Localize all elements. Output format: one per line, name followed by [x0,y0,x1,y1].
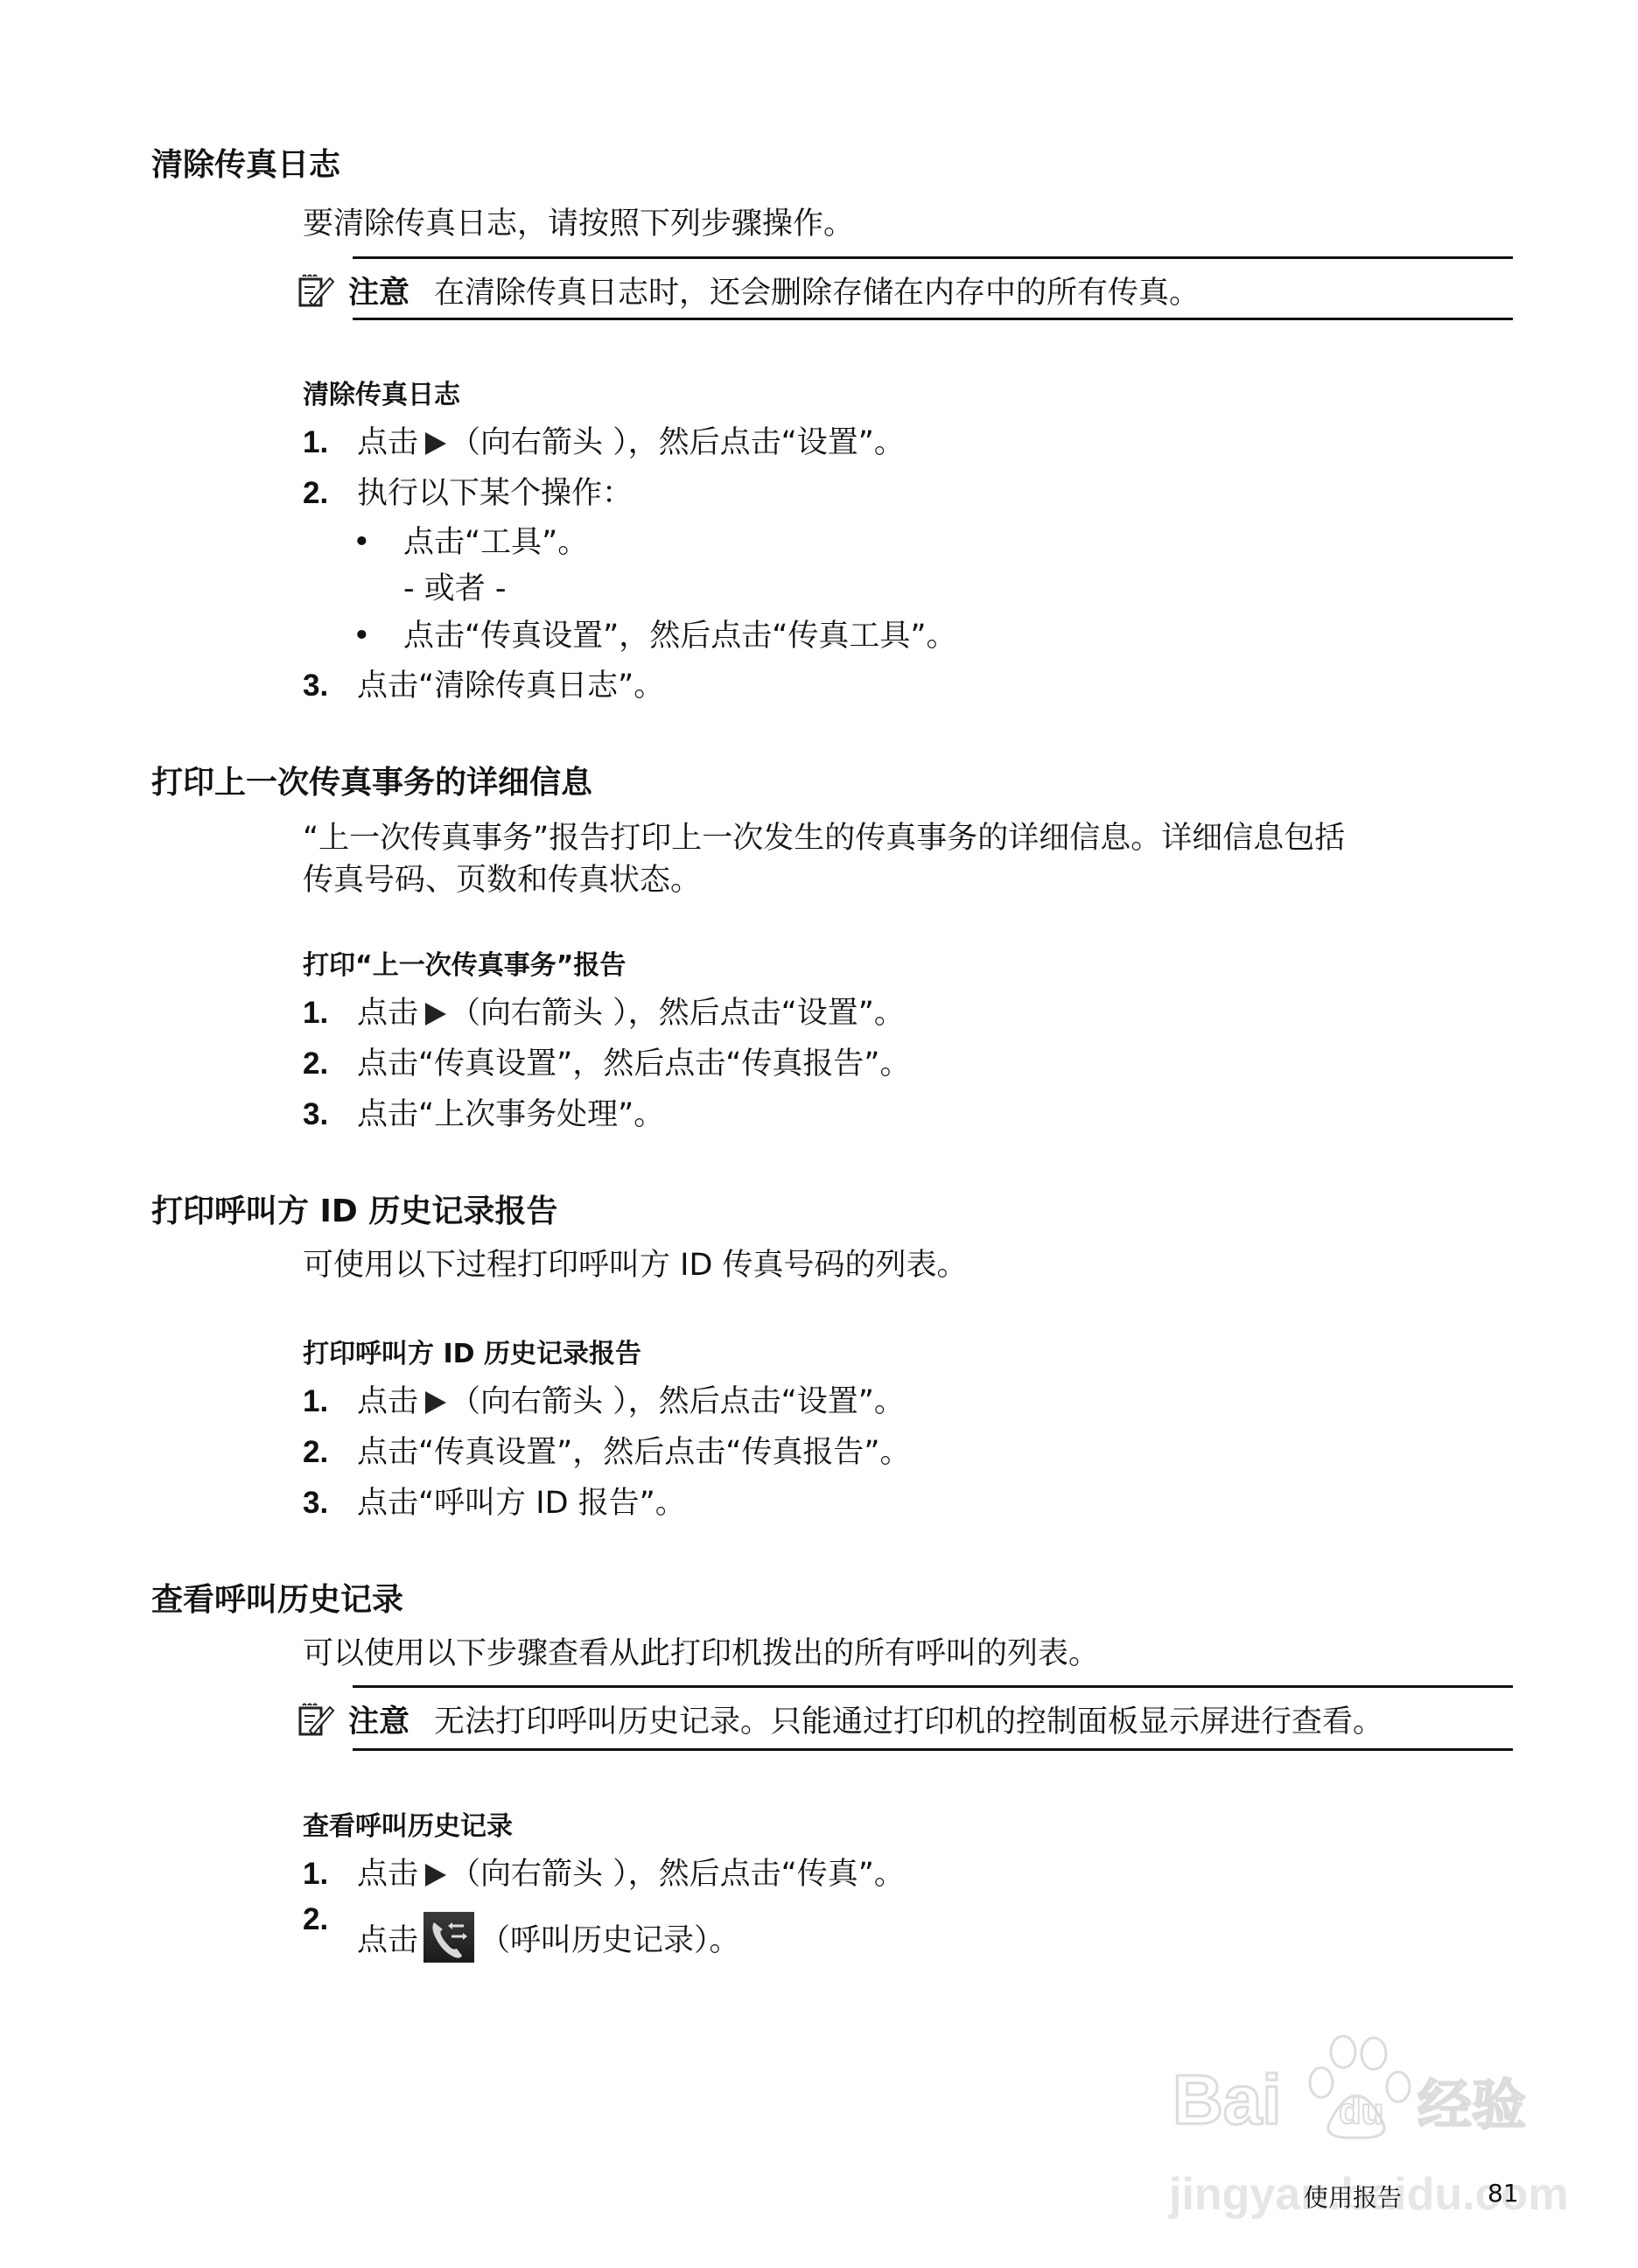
step-text: 点击“传真设置”，然后点击“传真报告”。 [357,1435,911,1470]
step-text: 点击 [357,1857,418,1892]
step-text: 点击 [357,1923,418,1958]
note-bottom-rule [353,1748,1513,1751]
bullet-text: 点击“工具”。 [403,525,588,560]
note: 注意无法打印呼叫历史记录。只能通过打印机的控制面板显示屏进行查看。 [297,1697,1383,1741]
svg-text:Bai: Bai [1172,2061,1282,2138]
step-text: 点击“传真设置”，然后点击“传真报告”。 [357,1046,911,1081]
note-top-rule [353,1685,1513,1688]
step-3: 3.点击“清除传真日志”。 [303,661,664,705]
step-2: 2.点击“传真设置”，然后点击“传真报告”。 [303,1428,911,1472]
or-separator: - 或者 - [403,564,507,608]
step-text: 执行以下某个操作： [357,476,633,511]
step-text: （呼叫历史记录）。 [479,1923,740,1958]
procedure-title: 查看呼叫历史记录 [303,1804,513,1843]
step-number: 3. [303,1486,357,1521]
step-1: 1.点击（向右箭头 ），然后点击“设置”。 [303,1377,905,1421]
note-label: 注意 [348,1704,409,1739]
step-number: 3. [303,1097,357,1132]
step-2: 2.点击“传真设置”，然后点击“传真报告”。 [303,1039,911,1083]
right-arrow-icon [425,432,446,455]
step-number: 1. [303,425,357,460]
bullet-text: 点击“传真设置”，然后点击“传真工具”。 [403,619,957,654]
note-top-rule [353,256,1513,259]
section-intro-line2: 传真号码、页数和传真状态。 [303,856,701,899]
note-label: 注意 [348,276,409,311]
footer-section-label: 使用报告 [1304,2179,1402,2214]
step-number: 2. [303,1904,357,1935]
section-heading-caller-id: 打印呼叫方 ID 历史记录报告 [151,1186,557,1231]
section-heading-call-history: 查看呼叫历史记录 [151,1575,403,1620]
section-heading-clear-fax-log: 清除传真日志 [151,140,340,185]
step-2: 2.点击 （呼叫历史记录）。 [303,1904,740,1963]
step-text: 点击 [357,425,418,460]
note-icon [297,1702,336,1737]
step-1: 1.点击（向右箭头 ），然后点击“传真”。 [303,1850,905,1893]
section-intro-line1: “上一次传真事务”报告打印上一次发生的传真事务的详细信息。详细信息包括 [303,814,1345,857]
step-number: 1. [303,1384,357,1419]
baidu-jingyan-watermark: Bai du 经验 [1164,2026,1540,2157]
step-1: 1.点击（向右箭头 ），然后点击“设置”。 [303,989,905,1032]
step-text: （向右箭头 ），然后点击“设置”。 [450,1384,905,1419]
step-3: 3.点击“上次事务处理”。 [303,1090,664,1134]
step-number: 2. [303,1046,357,1081]
note-bottom-rule [353,318,1513,320]
step-1: 1.点击（向右箭头 ），然后点击“设置”。 [303,418,905,462]
step-text: （向右箭头 ），然后点击“设置”。 [450,996,905,1031]
bullet-icon: • [353,525,403,560]
step-text: 点击“清除传真日志”。 [357,668,664,703]
right-arrow-icon [425,1391,446,1414]
step-text: 点击 [357,996,418,1031]
step-number: 1. [303,996,357,1031]
section-intro: 要清除传真日志，请按照下列步骤操作。 [303,199,854,243]
section-intro: 可以使用以下步骤查看从此打印机拨出的所有呼叫的列表。 [303,1629,1099,1673]
note: 注意在清除传真日志时，还会删除存储在内存中的所有传真。 [297,269,1200,312]
step-text: 点击 [357,1384,418,1419]
right-arrow-icon [425,1864,446,1886]
bullet-item: •点击“工具”。 [353,518,588,562]
procedure-title: 打印呼叫方 ID 历史记录报告 [303,1332,641,1370]
step-text: （向右箭头 ），然后点击“传真”。 [450,1857,905,1892]
svg-text:经验: 经验 [1417,2073,1526,2137]
step-number: 2. [303,476,357,511]
call-history-icon [423,1912,474,1963]
step-number: 1. [303,1857,357,1892]
svg-text:du: du [1339,2090,1383,2131]
right-arrow-icon [425,1003,446,1025]
step-text: 点击“呼叫方 ID 报告”。 [357,1486,686,1521]
note-text: 无法打印呼叫历史记录。只能通过打印机的控制面板显示屏进行查看。 [434,1704,1383,1739]
step-text: （向右箭头 ），然后点击“设置”。 [450,425,905,460]
page-number: 81 [1487,2179,1519,2208]
note-icon [297,273,336,308]
procedure-title: 打印“上一次传真事务”报告 [303,943,626,982]
step-number: 3. [303,668,357,703]
step-number: 2. [303,1435,357,1470]
section-heading-last-transaction: 打印上一次传真事务的详细信息 [151,758,592,802]
bullet-item: •点击“传真设置”，然后点击“传真工具”。 [353,612,957,655]
step-3: 3.点击“呼叫方 ID 报告”。 [303,1479,686,1522]
bullet-icon: • [353,619,403,654]
procedure-title: 清除传真日志 [303,373,460,411]
step-2: 2.执行以下某个操作： [303,469,633,513]
section-intro: 可使用以下过程打印呼叫方 ID 传真号码的列表。 [303,1241,968,1284]
step-text: 点击“上次事务处理”。 [357,1097,664,1132]
note-text: 在清除传真日志时，还会删除存储在内存中的所有传真。 [434,276,1200,311]
